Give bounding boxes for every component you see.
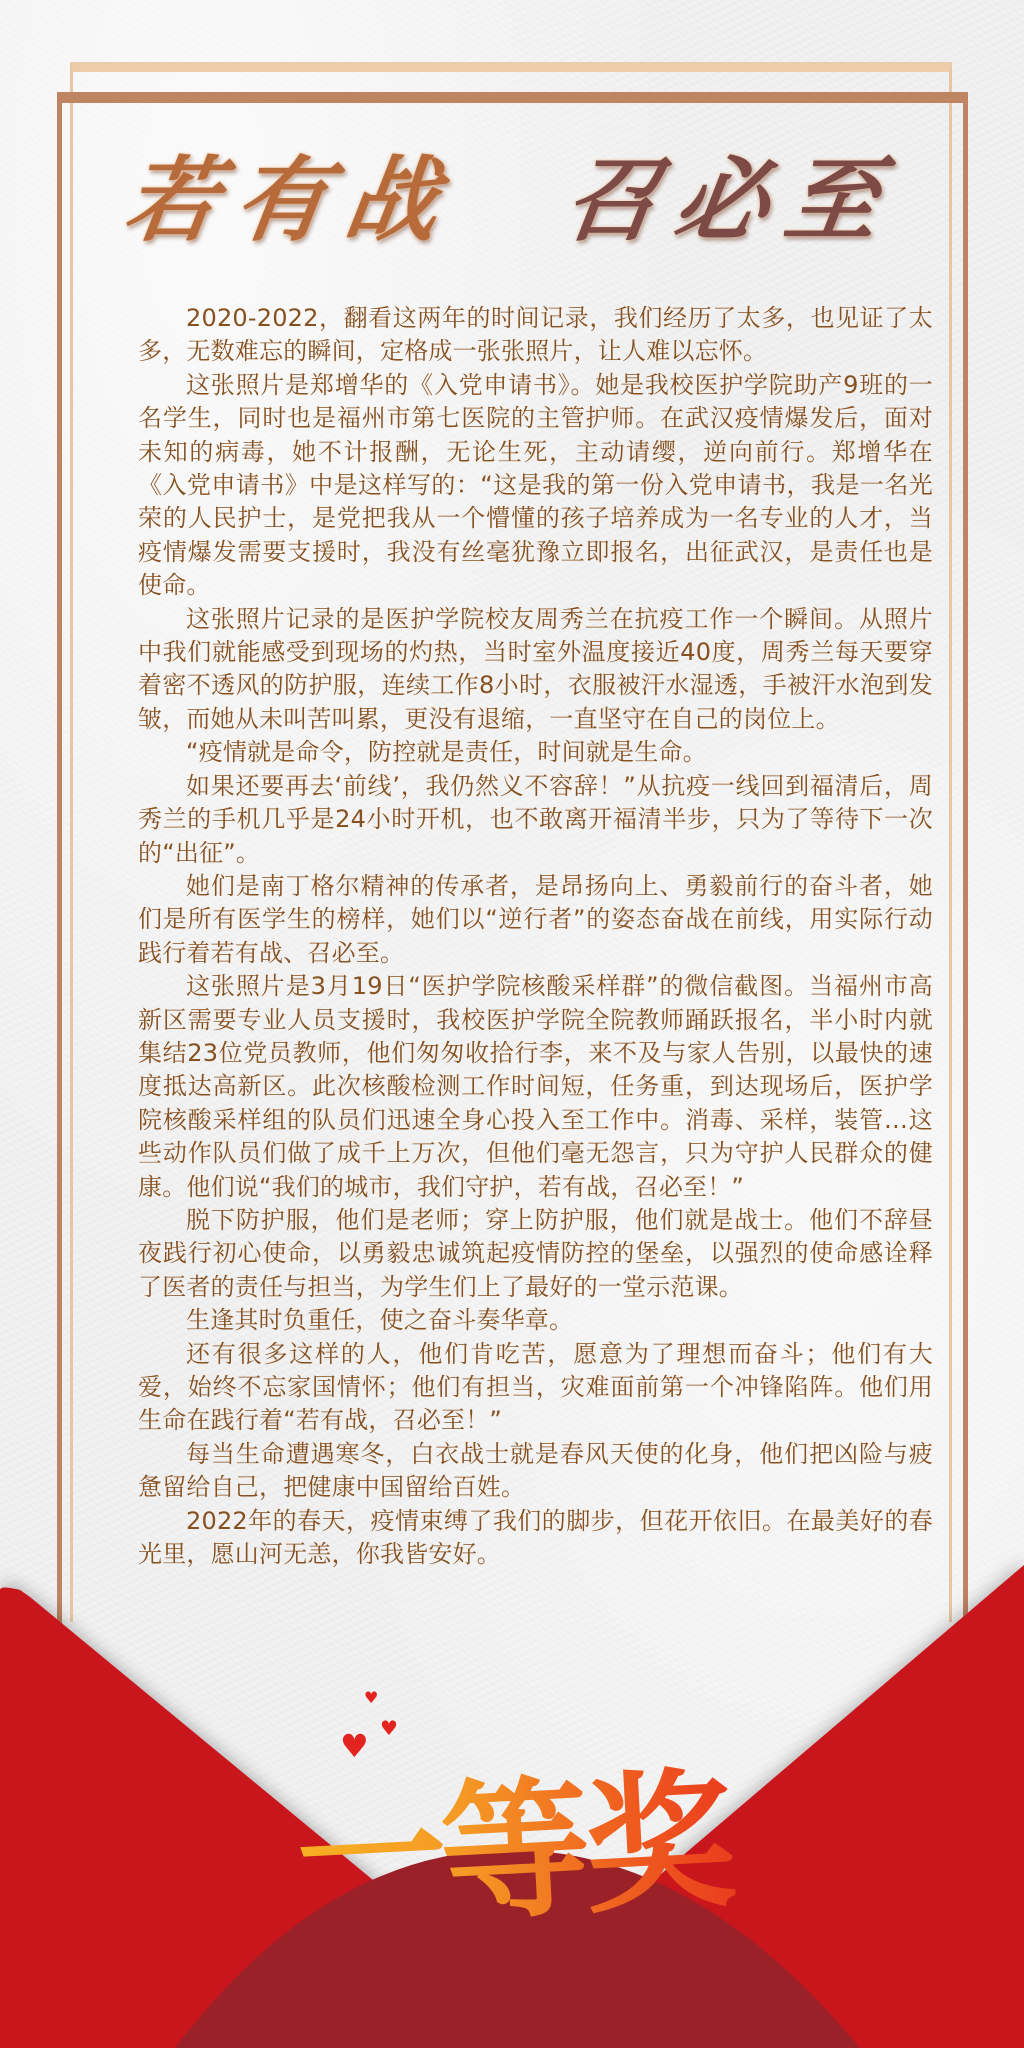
- paragraph: 这张照片记录的是医护学院校友周秀兰在抗疫工作一个瞬间。从照片中我们就能感受到现场…: [138, 603, 933, 737]
- paragraph: 她们是南丁格尔精神的传承者，是昂扬向上、勇毅前行的奋斗者，她们是所有医学生的榜样…: [138, 870, 933, 970]
- paragraph: 这张照片是郑增华的《入党申请书》。她是我校医护学院助产9班的一名学生，同时也是福…: [138, 369, 933, 603]
- paragraph: 脱下防护服，他们是老师；穿上防护服，他们就是战士。他们不辞昼夜践行初心使命，以勇…: [138, 1204, 933, 1304]
- paragraph: 如果还要再去‘前线’，我仍然义不容辞！”从抗疫一线回到福清后，周秀兰的手机几乎是…: [138, 770, 933, 870]
- paragraph: 2020-2022，翻看这两年的时间记录，我们经历了太多，也见证了太多，无数难忘…: [138, 302, 933, 369]
- title-left: 若有战: [118, 127, 467, 259]
- title-right: 召必至: [558, 127, 907, 259]
- page-title: 若有战 召必至: [0, 128, 1024, 258]
- paragraph: “疫情就是命令，防控就是责任，时间就是生命。: [138, 736, 933, 769]
- paragraph: 每当生命遭遇寒冬，白衣战士就是春风天使的化身，他们把凶险与疲惫留给自己，把健康中…: [138, 1438, 933, 1505]
- paragraph: 这张照片是3月19日“医护学院核酸采样群”的微信截图。当福州市高新区需要专业人员…: [138, 970, 933, 1204]
- article-body: 2020-2022，翻看这两年的时间记录，我们经历了太多，也见证了太多，无数难忘…: [138, 302, 933, 1571]
- award-title: 一等奖: [0, 1703, 1024, 1972]
- paragraph: 还有很多这样的人，他们肯吃苦，愿意为了理想而奋斗；他们有大爱，始终不忘家国情怀；…: [138, 1338, 933, 1438]
- paragraph: 生逢其时负重任，使之奋斗奏华章。: [138, 1304, 933, 1337]
- paragraph: 2022年的春天，疫情束缚了我们的脚步，但花开依旧。在最美好的春光里，愿山河无恙…: [138, 1505, 933, 1572]
- heart-icon: ♥: [364, 1690, 378, 1706]
